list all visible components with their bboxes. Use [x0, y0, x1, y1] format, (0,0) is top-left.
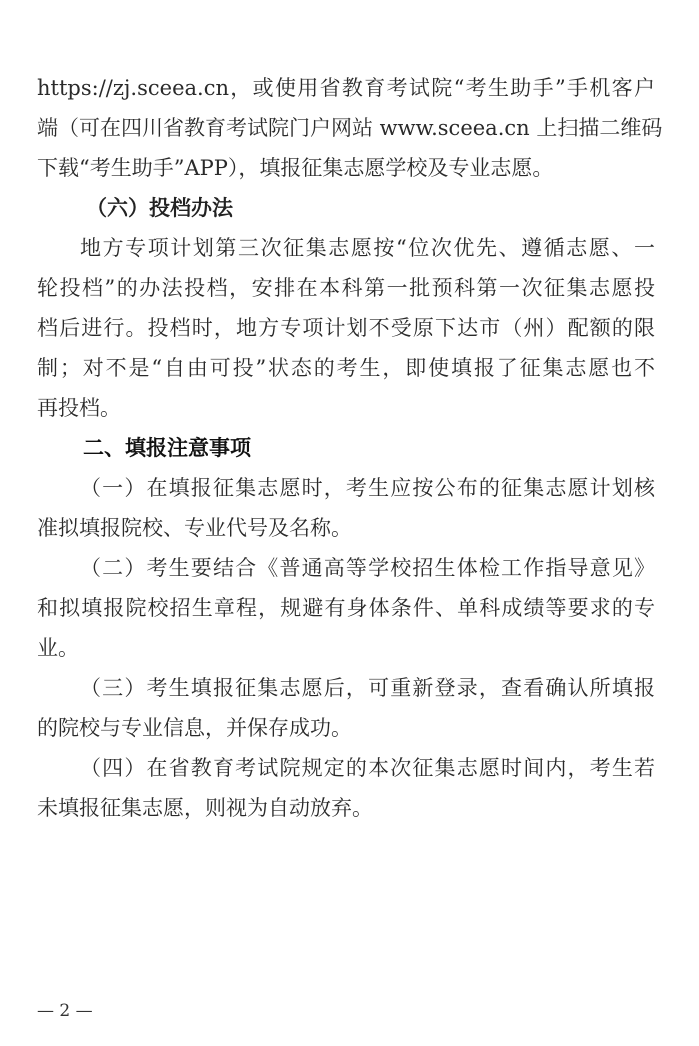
section-heading-six: （六）投档办法 [86, 188, 233, 228]
paragraph-line: 端（可在四川省教育考试院门户网站 www.sceea.cn 上扫描二维码 [37, 108, 655, 148]
paragraph-line: 和拟填报院校招生章程，规避有身体条件、单科成绩等要求的专 [37, 588, 655, 628]
paragraph-line: 未填报征集志愿，则视为自动放弃。 [37, 788, 655, 828]
paragraph-line: 档后进行。投档时，地方专项计划不受原下达市（州）配额的限 [37, 308, 655, 348]
paragraph-line: （二）考生要结合《普通高等学校招生体检工作指导意见》 [80, 548, 655, 588]
page-number: — 2 — [37, 996, 93, 1026]
paragraph-line: 轮投档”的办法投档，安排在本科第一批预科第一次征集志愿投 [37, 268, 655, 308]
paragraph-line: （一）在填报征集志愿时，考生应按公布的征集志愿计划核 [80, 468, 655, 508]
paragraph-line: https://zj.sceea.cn，或使用省教育考试院“考生助手”手机客户 [37, 68, 655, 108]
document-page: https://zj.sceea.cn，或使用省教育考试院“考生助手”手机客户 … [0, 0, 699, 1046]
paragraph-line: 制；对不是“自由可投”状态的考生，即使填报了征集志愿也不 [37, 348, 655, 388]
paragraph-line: 准拟填报院校、专业代号及名称。 [37, 508, 655, 548]
paragraph-line: 的院校与专业信息，并保存成功。 [37, 708, 655, 748]
paragraph-line: 业。 [37, 628, 655, 668]
paragraph-line: 下载“考生助手”APP），填报征集志愿学校及专业志愿。 [37, 148, 655, 188]
paragraph-line: （三）考生填报征集志愿后，可重新登录，查看确认所填报 [80, 668, 655, 708]
paragraph-line: 再投档。 [37, 388, 655, 428]
section-heading-two: 二、填报注意事项 [83, 428, 251, 468]
paragraph-line: （四）在省教育考试院规定的本次征集志愿时间内，考生若 [80, 748, 655, 788]
paragraph-line: 地方专项计划第三次征集志愿按“位次优先、遵循志愿、一 [80, 228, 655, 268]
